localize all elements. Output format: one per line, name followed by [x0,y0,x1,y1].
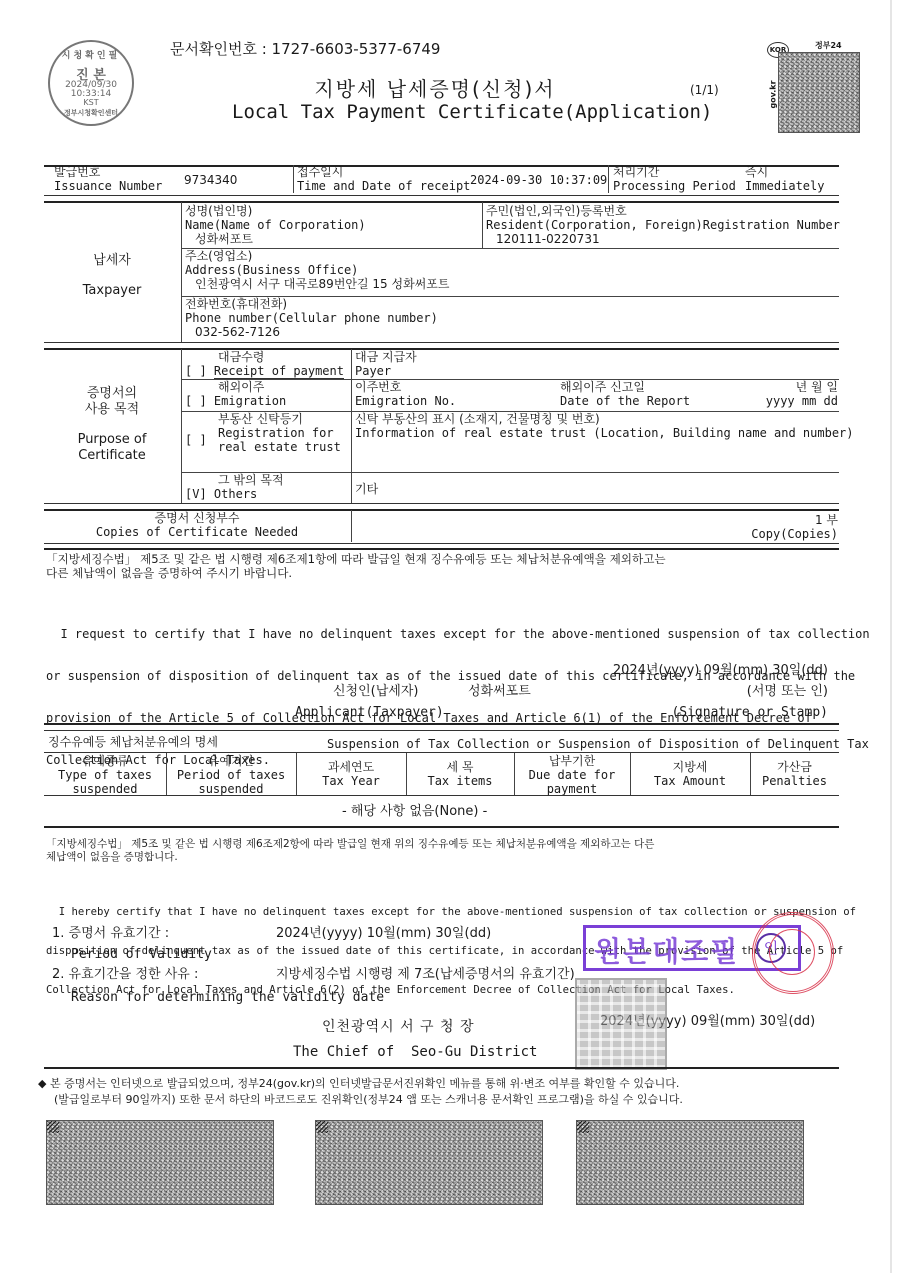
purpose-option-receipt[interactable]: 대금수령 [ ] Receipt of payment [185,350,351,378]
barcode-2 [315,1120,543,1205]
column-divider [296,753,297,795]
district-official-seal [575,978,667,1070]
report-date-units: 년 월 일 yyyy mm dd [720,380,838,408]
validity-value: 2024년(yyyy) 10월(mm) 30일(dd) [276,926,491,941]
purpose-section-label: 증명서의 사용 목적 Purpose of Certificate [44,386,180,464]
suspension-empty-text: - 해당 사항 없음(None) - [342,804,487,819]
checkbox-others[interactable]: [V] [185,487,207,501]
taxpayer-name-field: 성명(법인명) Name(Name of Corporation) 성화써포트 [185,204,366,246]
checkbox-real-estate-trust[interactable]: [ ] [185,433,207,447]
purpose-option-emigration[interactable]: 해외이주 [ ] Emigration [185,380,351,408]
suspension-title-en: Suspension of Tax Collection or Suspensi… [327,737,869,751]
doc-check-label: 문서확인번호 : [170,40,267,58]
taxpayer-address: 인천광역시 서구 대곡로89번안길 15 성화써포트 [185,277,449,291]
trust-info-field: 신탁 부동산의 표시 (소재지, 건물명칭 및 번호) Information … [355,412,854,440]
seal-timezone: KST [50,98,132,107]
copies-label: 증명서 신청부수 Copies of Certificate Needed [44,511,350,539]
applicant-name: 성화써포트 [468,684,531,699]
issuer-en: The Chief of Seo-Gu District [293,1044,537,1061]
seal-bottom-text: 정부시청확인센터 [50,108,132,118]
taxpayer-phone: 032-562-7126 [185,325,438,339]
barcode-1 [46,1120,274,1205]
request-statement-ko: 「지방세징수법」 제5조 및 같은 법 시행령 제6조제1항에 따라 발급일 현… [46,552,666,580]
reason-label-en: Reason for determining the validity date [71,990,384,1005]
processing-period-label: 처리기간 Processing Period [613,165,736,193]
taxpayer-section-label: 납세자 Taxpayer [44,246,180,306]
suspension-column-header: 유예기간Period of taxessuspended [166,754,296,796]
taxpayer-name: 성화써포트 [185,232,366,246]
suspension-column-header: 과세연도Tax Year [296,760,406,788]
doc-check-value: 1727-6603-5377-6749 [272,40,441,58]
column-divider [750,753,751,795]
seal-top-text: 시청확인필 [50,48,132,61]
column-divider [406,753,407,795]
scan-edge [890,0,892,1273]
reason-label-ko: 2. 유효기간을 정한 사유 : [52,967,198,982]
reason-value: 지방세징수법 시행령 제 7조(납세증명서의 유효기간) [276,967,575,982]
gov24-brand: 정부24 [815,40,842,51]
receipt-datetime: 2024-09-30 10:37:09 [470,173,607,187]
emigration-number-field: 이주번호 Emigration No. [355,380,456,408]
request-date: 2024년(yyyy) 09월(mm) 30일(dd) [560,663,828,678]
column-divider [166,753,167,795]
suspension-column-header: 납부기한Due date forpayment [514,754,630,796]
barcode-3 [576,1120,804,1205]
payer-field: 대금 지급자 Payer [355,350,417,378]
suspension-column-header: 지방세Tax Amount [630,760,750,788]
suspension-column-header: 가산금Penalties [750,760,839,788]
registration-number-field: 주민(법인,외국인)등록번호 Resident(Corporation, For… [486,204,840,246]
purpose-option-real-estate-trust[interactable]: 부동산 신탁등기 [ ] Registration for real estat… [185,412,351,454]
receipt-datetime-label: 접수일시 Time and Date of receipt [297,165,470,193]
copies-value: 1 부 Copy(Copies) [600,513,838,541]
column-divider [514,753,515,795]
validity-label-ko: 1. 증명서 유효기간 : [52,926,169,941]
diamond-bullet-icon: ◆ [38,1077,46,1090]
document-check-number: 문서확인번호 : 1727-6603-5377-6749 [170,38,440,59]
suspension-column-header: 세 목Tax items [406,760,514,788]
purpose-option-others[interactable]: 그 밖의 목적 [V] Others [185,473,351,501]
suspension-title-ko: 징수유예등 체납처분유예의 명세 [48,735,218,749]
verification-seal: 시청확인필 진 본 2024/09/30 10:33:14 KST 정부시청확인… [48,40,134,126]
checkbox-receipt[interactable]: [ ] [185,364,207,378]
checkbox-emigration[interactable]: [ ] [185,394,207,408]
signature-label-ko: (서명 또는 인) [640,684,828,699]
applicant-label-ko: 신청인(납세자) [333,684,419,699]
page-title-ko: 지방세 납세증명(신청)서 [250,73,620,102]
applicant-label-en: Applicant(Taxpayer) [295,705,444,720]
issuance-number-label: 발급번호 Issuance Number [54,165,162,193]
issuer-ko: 인천광역시 서 구 청 장 [322,1019,475,1036]
column-divider [630,753,631,795]
taxpayer-address-field: 주소(영업소) Address(Business Office) 인천광역시 서… [185,249,449,291]
page-indicator: (1/1) [690,83,719,97]
qr-pattern [778,52,860,133]
processing-period-value: 즉시 Immediately [745,165,824,193]
taxpayer-phone-field: 전화번호(휴대전화) Phone number(Cellular phone n… [185,297,438,339]
registration-number: 120111-0220731 [486,232,840,246]
suspension-column-header: 유예종류Type of taxessuspended [44,754,166,796]
page-title-en: Local Tax Payment Certificate(Applicatio… [232,101,712,123]
report-date-field: 해외이주 신고일 Date of the Report [560,380,690,408]
signature-label-en: (Signature or Stamp) [640,705,828,720]
validity-label-en: Period of Validity [71,947,212,962]
certification-statement-ko: 「지방세징수법」 제5조 및 같은 법 시행령 제6조제2항에 따라 발급일 현… [46,838,654,864]
gov24-qr-code: KOR 정부24 gov.kr [765,38,865,138]
gov-kr-label: gov.kr [769,80,778,108]
others-value: 기타 [355,482,378,496]
issuance-number: 9734340 [184,173,237,187]
footer-note: ◆ 본 증명서는 인터넷으로 발급되었으며, 정부24(gov.kr)의 인터넷… [38,1076,683,1108]
district-red-seal [752,912,834,994]
